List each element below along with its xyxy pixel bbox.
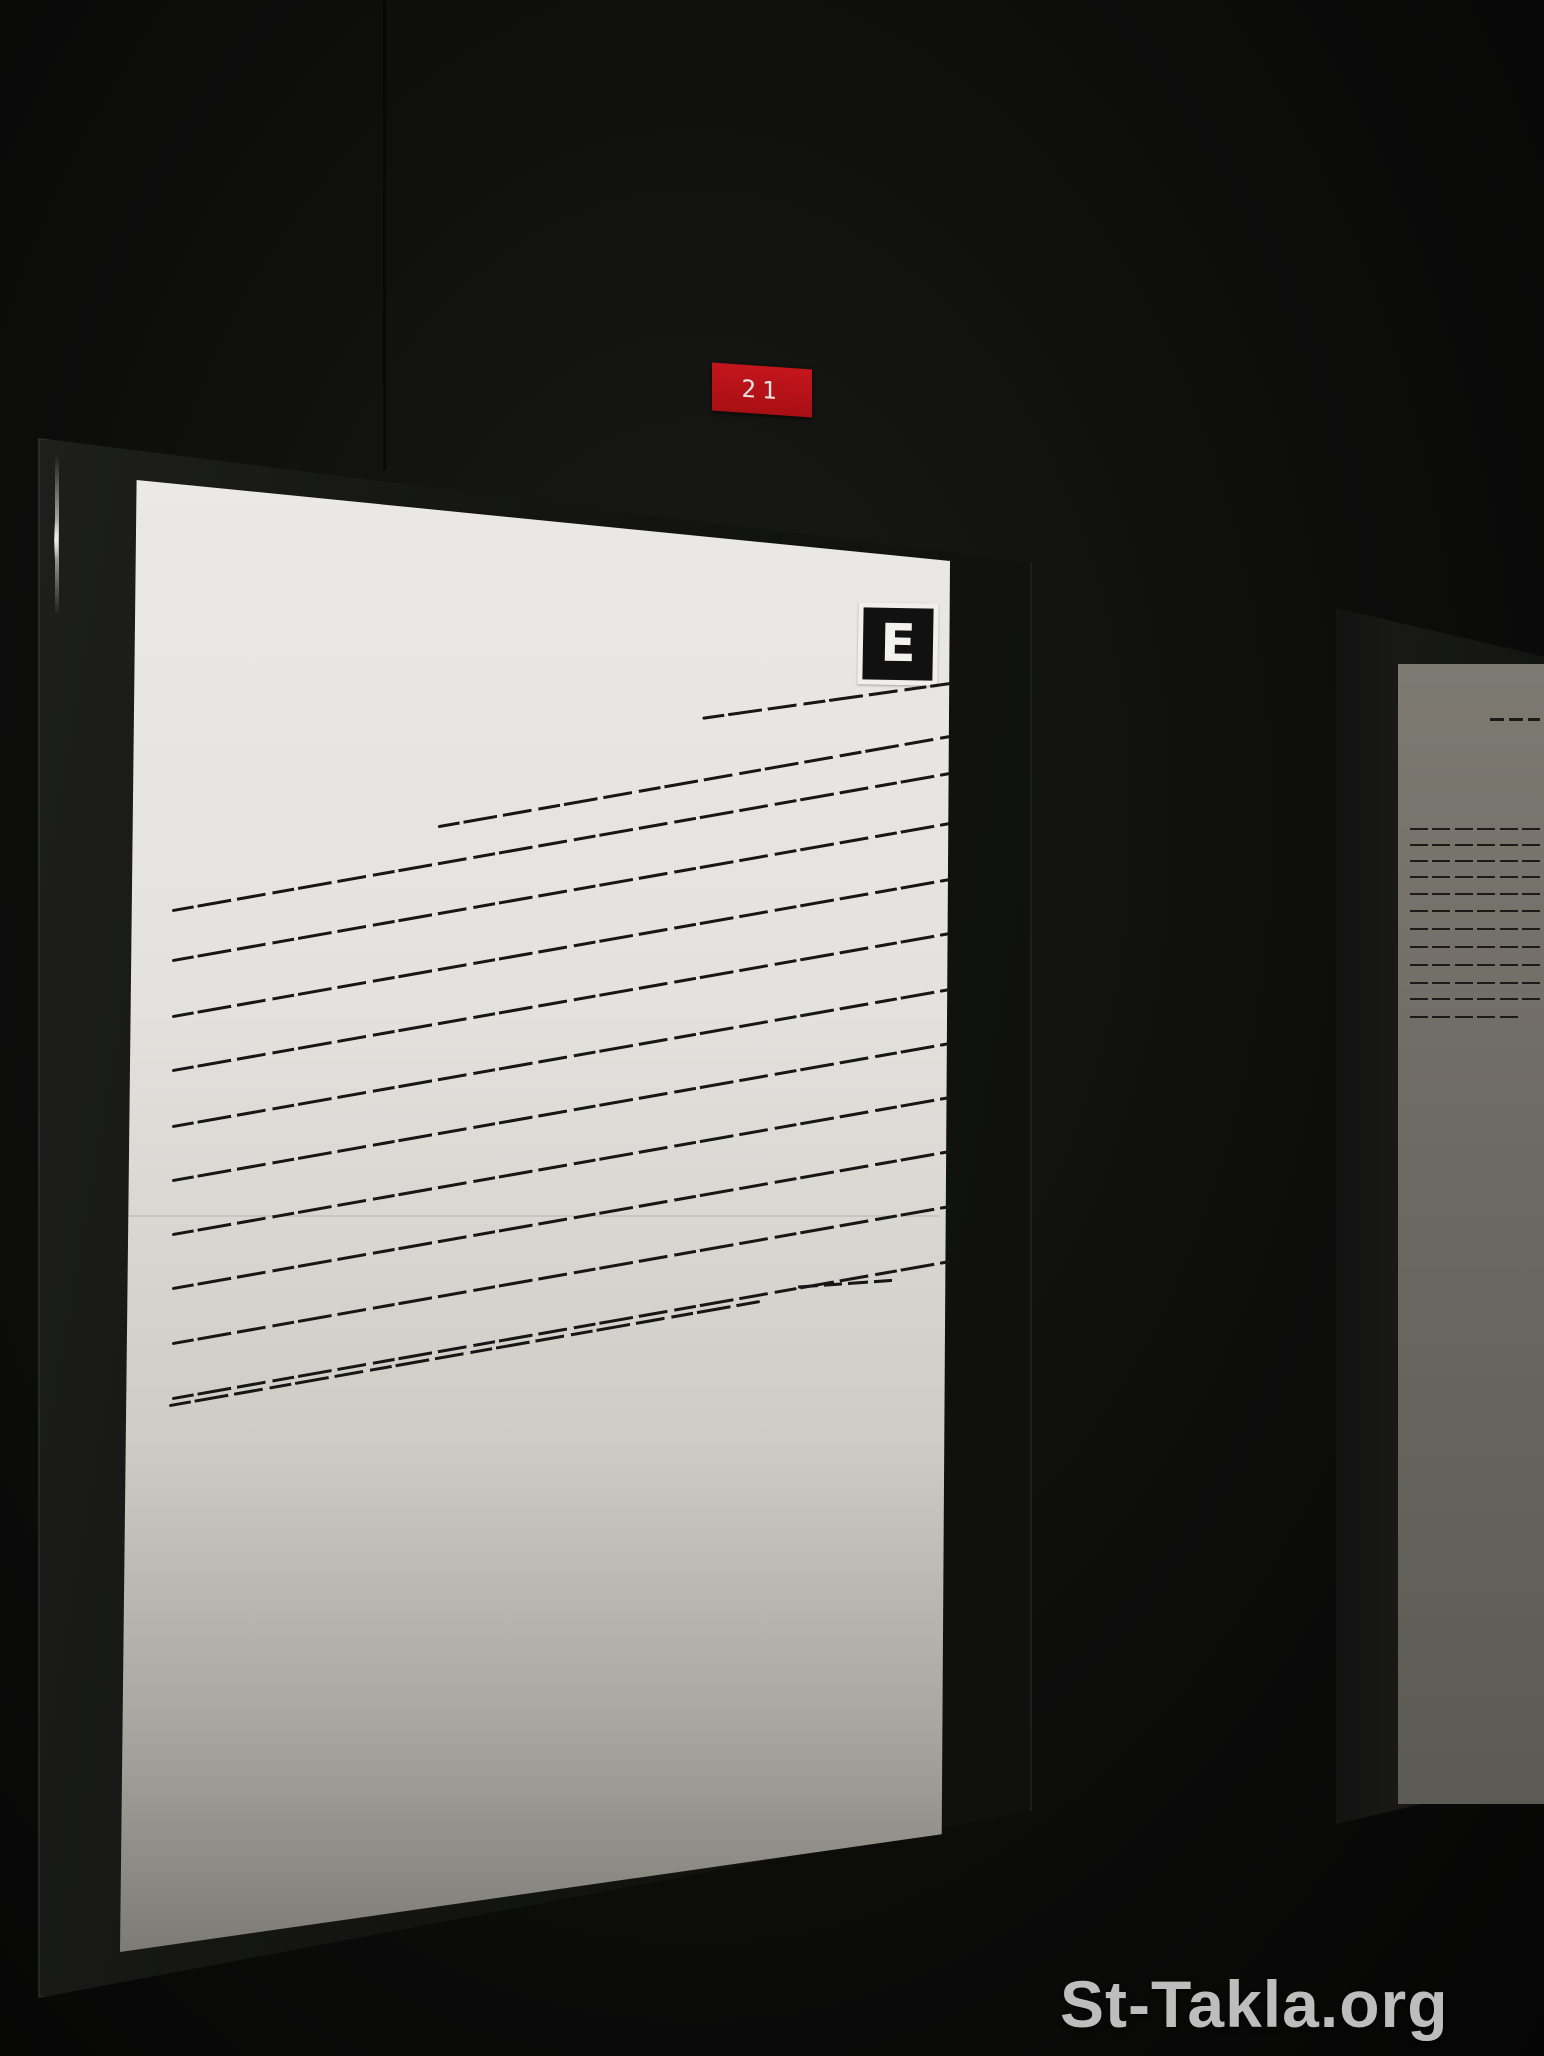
second-document-title: نيان صرف xyxy=(1490,718,1540,721)
second-script-line xyxy=(1410,964,1544,966)
second-script-line xyxy=(1410,998,1544,1000)
script-line: line 2 xyxy=(438,735,951,828)
second-script-line xyxy=(1410,1016,1520,1018)
watermark-text: St-Takla.org xyxy=(1060,1966,1449,2042)
script-line: line 1 xyxy=(702,682,950,720)
second-script-line xyxy=(1410,828,1544,830)
script-line: line 10 xyxy=(172,1150,951,1290)
second-script-line xyxy=(1410,982,1544,984)
glass-reflection xyxy=(54,520,58,560)
second-script-line xyxy=(1410,876,1544,878)
script-line: line 8 xyxy=(172,1042,951,1182)
second-script-line xyxy=(1410,946,1544,948)
script-line: line 5 xyxy=(172,878,951,1018)
second-script-line xyxy=(1410,928,1544,930)
wall-panel-seam xyxy=(383,0,386,470)
script-line: line 9 xyxy=(172,1096,951,1236)
second-script-line xyxy=(1410,844,1544,846)
script-line: line 7 xyxy=(172,988,951,1128)
handwritten-text-block: line 1 line 2 line 3 line 4 line 5 line … xyxy=(150,560,950,1320)
exhibit-number-tag: 21 xyxy=(712,363,812,418)
script-line: line 6 xyxy=(172,932,951,1072)
second-script-line xyxy=(1410,893,1544,895)
exhibit-number: 21 xyxy=(742,375,783,406)
second-script-line xyxy=(1410,860,1544,862)
second-document-paper xyxy=(1398,664,1544,1804)
second-script-line xyxy=(1410,910,1544,912)
